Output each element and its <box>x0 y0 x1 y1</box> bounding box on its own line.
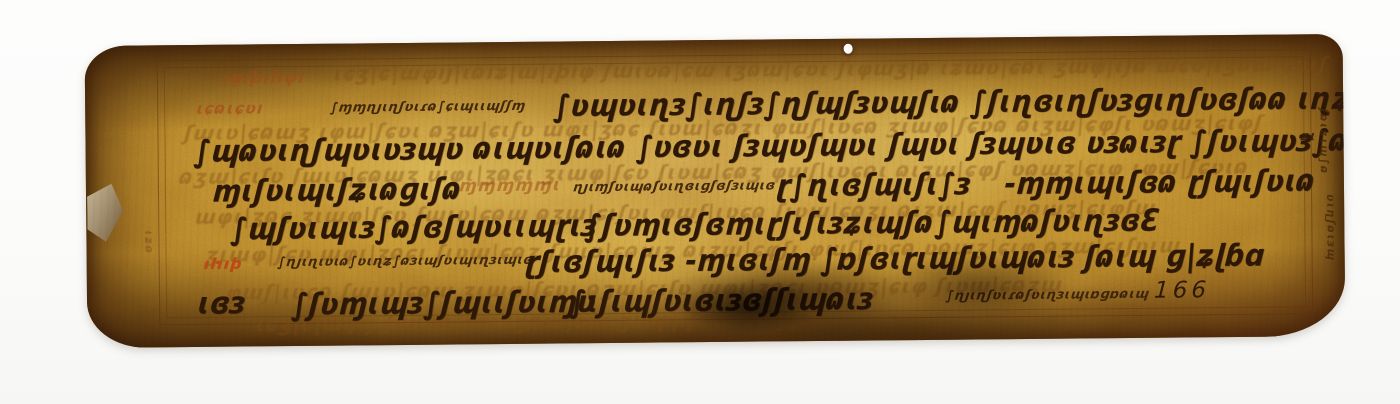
script-segment: ɩɕʒ|ɕ|ɯφıȷ|ɩɷıʑ|ɯ|ıþıφ ʃɯɩʋɷ|ɕɯ ɩʒɷɯ|ɕʋɩ… <box>333 54 1329 84</box>
script-segment: ∫ɳȷɩɳʃʋɩɾɷʃʋɩɳɜɩɰɩɒɡɒɷɩɰ <box>945 288 1150 303</box>
script-layer: ıφıþıŀıφıɩɕʒ|ɕ|ɯφıȷ|ɩɷıʑ|ɯ|ıþıφ ʃɯɩʋɷ|ɕɯ… <box>85 34 1346 348</box>
script-segment: ∫ɩʃɩɰʃʋɩɞɩɜɞʃʃɩɰɷɩɜ <box>569 284 875 317</box>
script-segment: ∫ɰɩɱɷʃʋɩɳɜɞƐ <box>934 206 1161 238</box>
script-segment: ıŀııþ <box>203 257 243 272</box>
right-margin-annotation-upper: ʃɷɩʑɩɰ∫ɷ <box>1317 108 1331 175</box>
script-segment: ∫ɰʃʋɩɰɩɜ∫ɷʃɞʃɰʋɩɩɰɽɩɜ <box>230 211 598 245</box>
right-margin-annotation-lower: ʋɩɳʃɷɩɜɰ <box>1324 194 1338 261</box>
manuscript-photo: ıφıþıŀıφıɩɕʒ|ɕ|ɯφıȷ|ɩɷıʑ|ɯ|ıþıφ ʃɯɩʋɷ|ɕɯ… <box>0 0 1400 404</box>
script-segment: ɩɞɜ <box>197 288 247 319</box>
string-hole <box>844 44 853 54</box>
left-margin-mark: ɩʑɷ <box>142 230 155 254</box>
script-segment: ɳȷɩɱʃʋɩɰɷʃʋɩɳɞɩɡʃɞʃɜɩɰɩɞ <box>572 179 776 194</box>
script-segment: ɱɱɱɱɱɩ <box>458 177 562 195</box>
script-segment: ∫ɱɱɳȷɩɳʃʋɩɾɷ∫ɕɩɰɩɩɰʃʃɱ <box>329 100 526 115</box>
script-segment: ɽ∫ɳɩɞʃɰɩʃɩ∫ɜ <box>775 170 972 202</box>
script-segment: ɩɕɷɩɕʋı <box>196 100 265 117</box>
script-segment: ∫ʃʋɱɩɞʃɞɱɩɽʃɩʃɩɜʑɩɰʃɷ <box>584 208 936 242</box>
script-segment: ɽʃɩɞʃɰɩʃɩɜ -ɱɩɞɩʃɱ ∫ɒʃɞɩɽɩɰʃʋɩɰɷɩɜ ʃɷɩɰ … <box>524 241 1266 278</box>
script-segment: ∫ʃʋɱɩɰɜ∫ʃɰɩɩʃʋɩɱʋ <box>291 287 597 320</box>
script-segment: ʑɩ <box>1300 130 1317 143</box>
script-segment: ɱɩʃʋɩɰɩʃʑɩɷɡɩʃɷ <box>211 174 463 207</box>
manuscript-page: ıφıþıŀıφıɩɕʒ|ɕ|ɯφıȷ|ɩɷıʑ|ɯ|ıþıφ ʃɯɩʋɷ|ɕɯ… <box>85 34 1346 348</box>
script-segment: ∫ɳȷɩɳɩʋɩɷ∫ʋɩɳʑ∫ɷɜɩɰʃʋɩɰɩɳɜɩɰɩɞ <box>277 254 534 269</box>
script-segment: ∫ʋɰʋɩɳɜ∫ɩɳʃɜ∫ɳʃɰʃɜʋɰʃɩɷ ∫ʃɩɳɞɩɳʃʋɜɡɩɳʃʋɞ… <box>553 84 1346 122</box>
script-segment: -ɱɱɩɰɩʃɞɷ ɽʃɰɩʃʋɩɷ <box>1003 166 1317 199</box>
script-segment: ıφıþıŀıφı <box>221 70 305 88</box>
folio-number: 166 <box>1153 279 1210 303</box>
